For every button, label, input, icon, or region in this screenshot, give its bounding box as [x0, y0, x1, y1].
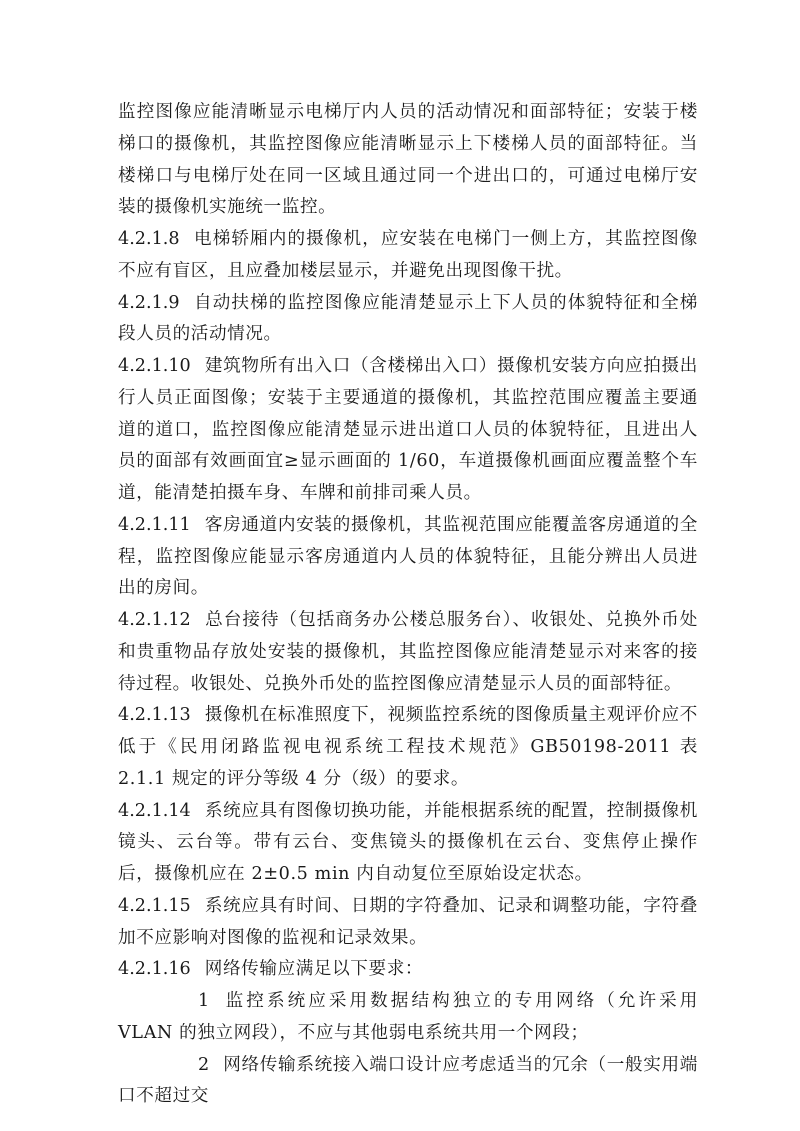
clause-4-2-1-8: 4.2.1.8电梯轿厢内的摄像机，应安装在电梯门一侧上方，其监控图像不应有盲区，…: [118, 224, 698, 288]
paragraph-continuation: 监控图像应能清晰显示电梯厅内人员的活动情况和面部特征；安装于楼梯口的摄像机，其监…: [118, 97, 698, 224]
clause-4-2-1-13: 4.2.1.13摄像机在标准照度下，视频监控系统的图像质量主观评价应不低于《民用…: [118, 700, 698, 795]
clause-text: 客房通道内安装的摄像机，其监视范围应能覆盖客房通道的全程，监控图像应能显示客房通…: [118, 515, 698, 599]
clause-4-2-1-14: 4.2.1.14系统应具有图像切换功能，并能根据系统的配置，控制摄像机镜头、云台…: [118, 796, 698, 891]
clause-text: 系统应具有图像切换功能，并能根据系统的配置，控制摄像机镜头、云台等。带有云台、变…: [118, 801, 698, 885]
clause-number: 4.2.1.13: [118, 700, 191, 732]
list-item-1: 1监控系统应采用数据结构独立的专用网络（允许采用 VLAN 的独立网段），不应与…: [118, 986, 698, 1050]
clause-text: 自动扶梯的监控图像应能清楚显示上下人员的体貌特征和全梯段人员的活动情况。: [118, 293, 698, 345]
clause-number: 4.2.1.10: [118, 351, 191, 383]
document-page: 监控图像应能清晰显示电梯厅内人员的活动情况和面部特征；安装于楼梯口的摄像机，其监…: [0, 0, 800, 1131]
clause-number: 4.2.1.16: [118, 954, 191, 986]
clause-number: 4.2.1.9: [118, 288, 180, 320]
clause-4-2-1-11: 4.2.1.11客房通道内安装的摄像机，其监视范围应能覆盖客房通道的全程，监控图…: [118, 510, 698, 605]
clause-number: 4.2.1.15: [118, 891, 191, 923]
clause-number: 4.2.1.14: [118, 796, 191, 828]
list-item-2: 2网络传输系统接入端口设计应考虑适当的冗余（一般实用端口不超过交: [118, 1050, 698, 1114]
clause-text: 系统应具有时间、日期的字符叠加、记录和调整功能，字符叠加不应影响对图像的监视和记…: [118, 896, 698, 948]
clause-4-2-1-16: 4.2.1.16网络传输应满足以下要求：: [118, 954, 698, 986]
clause-number: 4.2.1.11: [118, 510, 191, 542]
clause-4-2-1-15: 4.2.1.15系统应具有时间、日期的字符叠加、记录和调整功能，字符叠加不应影响…: [118, 891, 698, 955]
clause-text: 网络传输应满足以下要求：: [205, 959, 423, 979]
clause-4-2-1-10: 4.2.1.10建筑物所有出入口（含楼梯出入口）摄像机安装方向应拍摄出行人员正面…: [118, 351, 698, 510]
clause-text: 电梯轿厢内的摄像机，应安装在电梯门一侧上方，其监控图像不应有盲区，且应叠加楼层显…: [118, 229, 698, 281]
clause-text: 建筑物所有出入口（含楼梯出入口）摄像机安装方向应拍摄出行人员正面图像；安装于主要…: [118, 356, 698, 503]
clause-text: 摄像机在标准照度下，视频监控系统的图像质量主观评价应不低于《民用闭路监视电视系统…: [118, 705, 698, 789]
item-number: 1: [158, 986, 209, 1018]
clause-text: 总台接待（包括商务办公楼总服务台）、收银处、兑换外币处和贵重物品存放处安装的摄像…: [118, 610, 698, 694]
clause-number: 4.2.1.8: [118, 224, 180, 256]
clause-number: 4.2.1.12: [118, 605, 191, 637]
document-body: 监控图像应能清晰显示电梯厅内人员的活动情况和面部特征；安装于楼梯口的摄像机，其监…: [118, 97, 698, 1113]
paragraph-text: 监控图像应能清晰显示电梯厅内人员的活动情况和面部特征；安装于楼梯口的摄像机，其监…: [118, 102, 698, 217]
item-number: 2: [158, 1050, 209, 1082]
clause-4-2-1-9: 4.2.1.9自动扶梯的监控图像应能清楚显示上下人员的体貌特征和全梯段人员的活动…: [118, 288, 698, 352]
clause-4-2-1-12: 4.2.1.12总台接待（包括商务办公楼总服务台）、收银处、兑换外币处和贵重物品…: [118, 605, 698, 700]
